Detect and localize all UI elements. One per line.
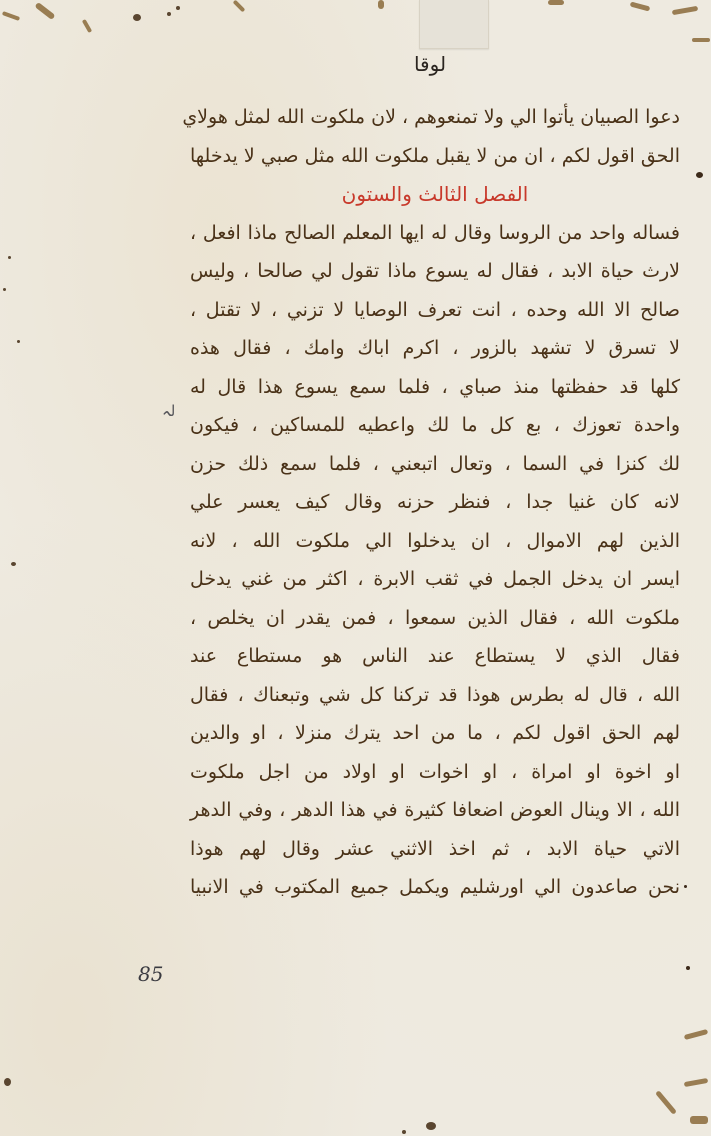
ink-speck [17, 340, 20, 343]
wormhole-damage [692, 38, 710, 42]
ink-speck [3, 288, 6, 291]
margin-note: لہ [162, 402, 175, 420]
text-line: لهم الحق اقول لكم ، ما من احد يترك منزلا… [190, 714, 680, 753]
wormhole-damage [548, 0, 564, 5]
rubric-heading: الفصل الثالث والستون [190, 175, 680, 214]
text-line: الاتي حياة الابد ، ثم اخذ الاثني عشر وقا… [190, 830, 680, 869]
wormhole-damage [672, 6, 698, 15]
text-line: واحدة تعوزك ، بع كل ما لك واعطيه للمساكي… [190, 406, 680, 445]
text-line: ايسر ان يدخل الجمل في ثقب الابرة ، اكثر … [190, 560, 680, 599]
manuscript-page: لوقا دعوا الصبيان يأتوا الي ولا تمنعوهم … [0, 0, 711, 1136]
text-line: لارث حياة الابد ، فقال له يسوع ماذا تقول… [190, 252, 680, 291]
margin-dot [696, 172, 703, 178]
wormhole-damage [82, 19, 92, 33]
text-line: لا تسرق لا تشهد بالزور ، اكرم اباك وامك … [190, 329, 680, 368]
text-line: لك كنزا في السما ، وتعال اتبعني ، فلما س… [190, 445, 680, 484]
text-line: دعوا الصبيان يأتوا الي ولا تمنعوهم ، لان… [190, 98, 680, 137]
wormhole-speck [4, 1078, 11, 1086]
wormhole-damage [233, 0, 246, 12]
text-line: صالح الا الله وحده ، انت تعرف الوصايا لا… [190, 291, 680, 330]
ink-speck [11, 562, 16, 566]
text-line: فقال الذي لا يستطاع عند الناس هو مستطاع … [190, 637, 680, 676]
margin-dot [686, 966, 690, 970]
manuscript-text-block: دعوا الصبيان يأتوا الي ولا تمنعوهم ، لان… [190, 98, 680, 907]
wormhole-speck [426, 1122, 436, 1130]
wormhole-speck [402, 1130, 406, 1134]
margin-dot [684, 885, 687, 888]
text-line: الله ، قال له بطرس هوذا قد تركنا كل شي و… [190, 676, 680, 715]
wormhole-damage [655, 1090, 677, 1115]
wormhole-damage [690, 1116, 708, 1124]
text-line: فساله واحد من الروسا وقال له ايها المعلم… [190, 214, 680, 253]
text-line: كلها قد حفظتها منذ صباي ، فلما سمع يسوع … [190, 368, 680, 407]
text-line: لانه كان غنيا جدا ، فنظر حزنه وقال كيف ي… [190, 483, 680, 522]
text-line: الله ، الا وينال العوض اضعافا كثيرة في ه… [190, 791, 680, 830]
text-line: الذين لهم الاموال ، ان يدخلوا الي ملكوت … [190, 522, 680, 561]
wormhole-speck [176, 6, 180, 10]
running-header: لوقا [405, 52, 455, 76]
wormhole-speck [133, 14, 141, 21]
wormhole-damage [34, 2, 55, 20]
paper-tab-strip [419, 0, 489, 49]
wormhole-damage [630, 1, 651, 11]
folio-number: 85 [138, 962, 163, 986]
wormhole-speck [167, 12, 171, 16]
wormhole-damage [2, 11, 20, 21]
ink-speck [8, 256, 11, 259]
wormhole-damage [684, 1078, 709, 1087]
text-line: او اخوة او امراة ، او اخوات او اولاد من … [190, 753, 680, 792]
text-line: الحق اقول لكم ، ان من لا يقبل ملكوت الله… [190, 137, 680, 176]
wormhole-damage [378, 0, 384, 9]
text-line: نحن صاعدون الي اورشليم ويكمل جميع المكتو… [190, 868, 680, 907]
wormhole-damage [684, 1029, 708, 1040]
text-line: ملكوت الله ، فقال الذين سمعوا ، فمن يقدر… [190, 599, 680, 638]
